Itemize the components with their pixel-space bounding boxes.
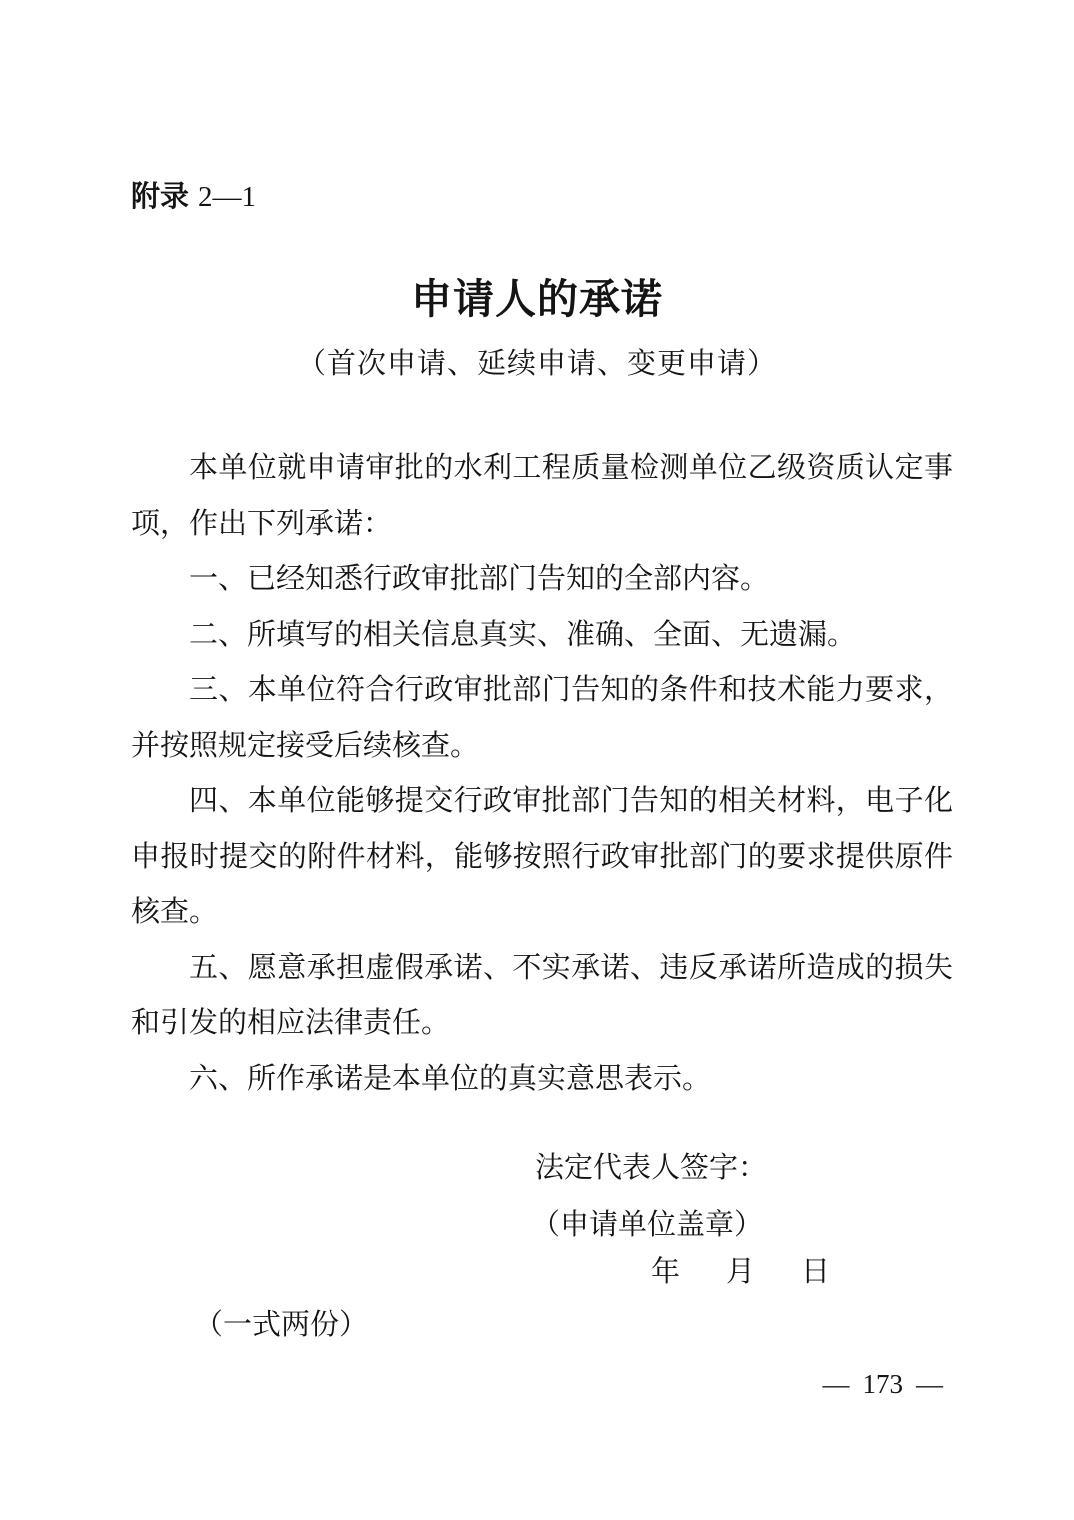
body-line: 项，作出下列承诺： (131, 497, 953, 553)
page-number: — 173 — (823, 1368, 944, 1400)
day-label: 日 (801, 1253, 830, 1291)
month-label: 月 (726, 1253, 755, 1291)
page-number-value: 173 (863, 1368, 904, 1400)
body-line: 三、本单位符合行政审批部门告知的条件和技术能力要求， (131, 663, 953, 719)
copies-note: （一式两份） (194, 1306, 368, 1344)
commitment-body: 本单位就申请审批的水利工程质量检测单位乙级资质认定事 项，作出下列承诺： 一、已… (131, 441, 953, 1107)
body-line: 申报时提交的附件材料，能够按照行政审批部门的要求提供原件 (131, 830, 953, 886)
year-label: 年 (651, 1253, 680, 1291)
appendix-prefix: 附录 (131, 181, 189, 213)
body-line: 一、已经知悉行政审批部门告知的全部内容。 (131, 552, 953, 608)
document-page: 附录2—1 申请人的承诺 （首次申请、延续申请、变更申请） 本单位就申请审批的水… (0, 0, 1074, 1520)
page-number-left-dash: — (823, 1368, 850, 1400)
date-line: 年 月 日 (651, 1253, 830, 1291)
body-line: 五、愿意承担虚假承诺、不实承诺、违反承诺所造成的损失 (131, 941, 953, 997)
page-number-right-dash: — (916, 1368, 943, 1400)
body-line: 本单位就申请审批的水利工程质量检测单位乙级资质认定事 (131, 441, 953, 497)
applicant-unit-seal-label: （申请单位盖章） (531, 1206, 763, 1244)
body-line: 和引发的相应法律责任。 (131, 996, 953, 1052)
appendix-label: 附录2—1 (131, 181, 256, 213)
body-line: 并按照规定接受后续核查。 (131, 719, 953, 775)
body-line: 核查。 (131, 885, 953, 941)
body-line: 六、所作承诺是本单位的真实意思表示。 (131, 1052, 953, 1108)
appendix-number: 2—1 (198, 181, 256, 213)
page-subtitle: （首次申请、延续申请、变更申请） (0, 344, 1074, 384)
body-line: 二、所填写的相关信息真实、准确、全面、无遗漏。 (131, 608, 953, 664)
legal-representative-signature-label: 法定代表人签字： (535, 1149, 767, 1187)
body-line: 四、本单位能够提交行政审批部门告知的相关材料，电子化 (131, 774, 953, 830)
page-title: 申请人的承诺 (0, 276, 1074, 322)
